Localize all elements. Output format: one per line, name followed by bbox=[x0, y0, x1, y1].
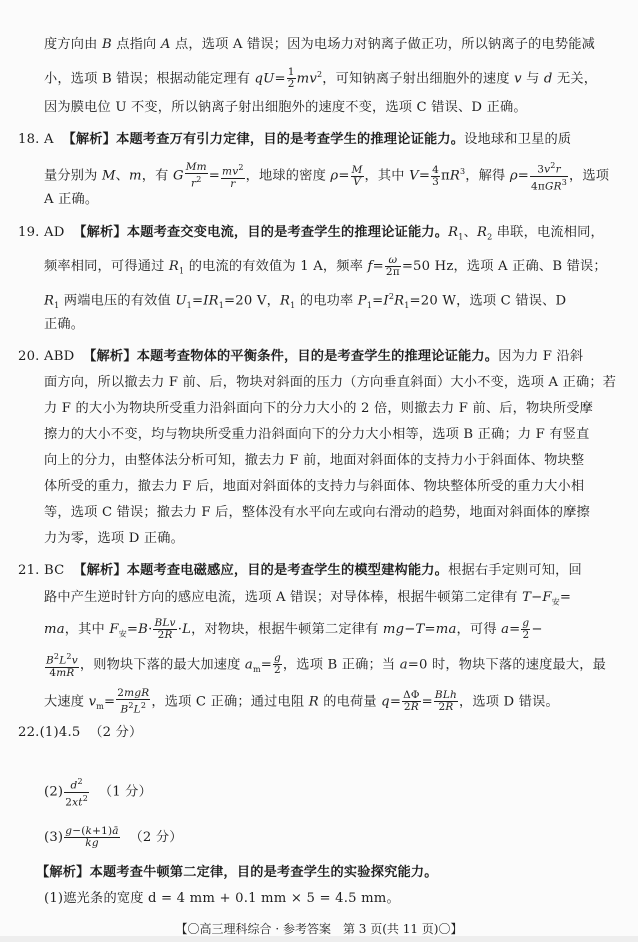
q21-line-5: 大速度 vm=2mgRB2L2，选项 C 正确；通过电阻 R 的电荷量 q=ΔΦ… bbox=[44, 688, 559, 716]
q21-line-4: B2L2v4mR，则物块下落的最大加速度 am=g2，选项 B 正确；当 a=0… bbox=[44, 651, 606, 679]
q20-line-2: 面方向，所以撤去力 F 前、后，物块对斜面的压力（方向垂直斜面）大小不变，选项 … bbox=[44, 374, 616, 392]
q18-line-3: A 正确。 bbox=[44, 191, 98, 209]
q22-analysis-heading: 【解析】本题考查牛顿第二定律，目的是考查学生的实验探究能力。 bbox=[36, 864, 438, 882]
q20-line-7: 等，选项 C 错误；撤去力 F 后，整体没有水平向左或向右滑动的趋势，地面对斜面… bbox=[44, 504, 590, 522]
page-footer: 【〇高三理科综合 · 参考答案 第 3 页(共 11 页)〇】 bbox=[0, 920, 638, 937]
continuation-line-3: 因为膜电位 U 不变，所以钠离子射出细胞外的速度不变，选项 C 错误、D 正确。 bbox=[44, 99, 527, 117]
q21-number: 21. BC bbox=[18, 563, 64, 578]
answer-key-page: 度方向由 B 点指向 A 点，选项 A 错误；因为电场力对钠离子做正功，所以钠离… bbox=[0, 0, 638, 942]
q20-line-1: 20. ABD 【解析】本题考查物体的平衡条件，目的是考查学生的推理论证能力。因… bbox=[18, 348, 583, 366]
q18-number: 18. A bbox=[18, 132, 54, 147]
q18-lead: 本题考查万有引力定律，目的是考查学生的推理论证能力。 bbox=[116, 132, 464, 147]
q18-tag: 【解析】 bbox=[63, 132, 117, 147]
q20-line-5: 向上的分力，由整体法分析可知，撤去力 F 前，地面对斜面体的支持力小于斜面体、物… bbox=[44, 452, 584, 470]
q19-tag: 【解析】 bbox=[73, 225, 127, 240]
q20-lead: 本题考查物体的平衡条件，目的是考查学生的推理论证能力。 bbox=[137, 349, 498, 364]
q20-line-8: 力为零，选项 D 正确。 bbox=[44, 530, 184, 548]
q18-line-2: 量分别为 M、m，有 GMmr2=mv2r，地球的密度 ρ=MV，其中 V=43… bbox=[44, 160, 609, 192]
q22-answer-3: (3)g−(k+1)ākg （2 分） bbox=[44, 826, 183, 849]
q19-number: 19. AD bbox=[18, 225, 64, 240]
continuation-line-1: 度方向由 B 点指向 A 点，选项 A 错误；因为电场力对钠离子做正功，所以钠离… bbox=[44, 36, 595, 54]
q19-line-1: 19. AD 【解析】本题考查交变电流，目的是考查学生的推理论证能力。R1、R2… bbox=[18, 224, 604, 247]
q19-line-2: 频率相同，可得通过 R1 的电流的有效值为 1 A，频率 f=ω2π=50 Hz… bbox=[44, 255, 607, 281]
continuation-line-2: 小，选项 B 错误；根据动能定理有 qU=12mv2，可知钠离子射出细胞外的速度… bbox=[44, 66, 597, 90]
q21-line-3: ma，其中 F安=B·BLv2R·L，对物块，根据牛顿第二定律有 mg−T=ma… bbox=[44, 618, 543, 644]
q20-number: 20. ABD bbox=[18, 349, 74, 364]
q21-line-1: 21. BC 【解析】本题考查电磁感应，目的是考查学生的模型建构能力。根据右手定… bbox=[18, 562, 582, 580]
q18-line-1: 18. A 【解析】本题考查万有引力定律，目的是考查学生的推理论证能力。设地球和… bbox=[18, 131, 571, 149]
q20-line-4: 擦力的大小不变，均与物块所受重力沿斜面向下的分力大小相等，选项 B 正确；力 F… bbox=[44, 426, 590, 444]
q22-answer-2: (2)d22xt2 （1 分） bbox=[44, 776, 152, 808]
q21-tag: 【解析】 bbox=[73, 563, 127, 578]
q20-tag: 【解析】 bbox=[83, 349, 137, 364]
q21-lead: 本题考查电磁感应，目的是考查学生的模型建构能力。 bbox=[127, 563, 448, 578]
q19-line-3: R1 两端电压的有效值 U1=IR1=20 V，R1 的电功率 P1=I2R1=… bbox=[44, 288, 566, 315]
q20-line-6: 体所受的重力，撤去力 F 后，地面对斜面体的支持力与斜面体、物块整体所受的重力大… bbox=[44, 478, 584, 496]
q22-analysis-line-1: (1)遮光条的宽度 d = 4 mm + 0.1 mm × 5 = 4.5 mm… bbox=[44, 890, 400, 908]
q19-lead: 本题考查交变电流，目的是考查学生的推理论证能力。 bbox=[127, 225, 448, 240]
q19-line-4: 正确。 bbox=[44, 316, 84, 334]
q22-answer-1: 22.(1)4.5 （2 分） bbox=[18, 724, 142, 742]
bottom-edge bbox=[0, 936, 638, 942]
q20-line-3: 力 F 的大小为物块所受重力沿斜面向下的分力大小的 2 倍，则撤去力 F 前、后… bbox=[44, 400, 593, 418]
q21-line-2: 路中产生逆时针方向的感应电流，选项 A 错误；对导体棒，根据牛顿第二定律有 T−… bbox=[44, 589, 571, 612]
